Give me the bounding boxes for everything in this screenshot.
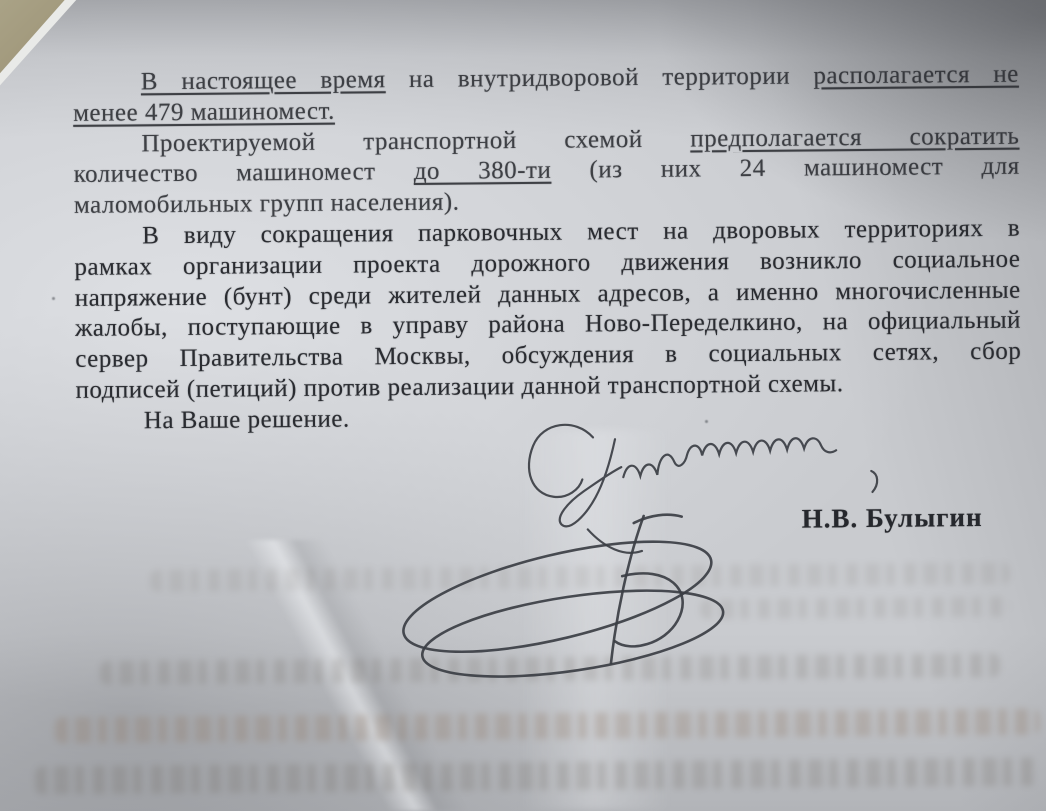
- text-segment: количество машиномест: [74, 158, 414, 188]
- letter-body: В настоящее время на внутридворовой терр…: [73, 60, 1022, 438]
- underlined-text: В настоящее время: [141, 66, 386, 95]
- letter-content: В настоящее время на внутридворовой терр…: [0, 0, 1046, 811]
- text-segment: маломобильных групп населения).: [74, 189, 460, 219]
- text-segment: (из них 24 машиномест для: [551, 153, 1020, 184]
- photo-frame: В настоящее время на внутридворовой терр…: [0, 0, 1046, 811]
- underlined-text: менее 479 машиномест.: [73, 97, 335, 126]
- signer-name: Н.В. Булыгин: [802, 502, 983, 535]
- text-segment: жалобы, поступающие в управу района Ново…: [75, 307, 1021, 342]
- underlined-text: предполагается сократить: [690, 122, 1019, 152]
- text-segment: Проектируемой транспортной схемой: [141, 125, 690, 157]
- text-segment: На Ваше решение.: [144, 405, 350, 434]
- text-segment: на внутридворовой территории: [385, 62, 813, 93]
- text-segment: подписей (петиций) против реализации дан…: [75, 370, 843, 404]
- underlined-text: располагается не: [813, 61, 1019, 90]
- closing-handwriting: [371, 398, 974, 703]
- signature-block: [371, 398, 974, 703]
- text-segment: рамках организации проекта дорожного дви…: [74, 245, 1020, 280]
- underlined-text: до 380-ти: [414, 157, 552, 185]
- text-segment: сервер Правительства Москвы, обсуждения …: [75, 338, 1021, 373]
